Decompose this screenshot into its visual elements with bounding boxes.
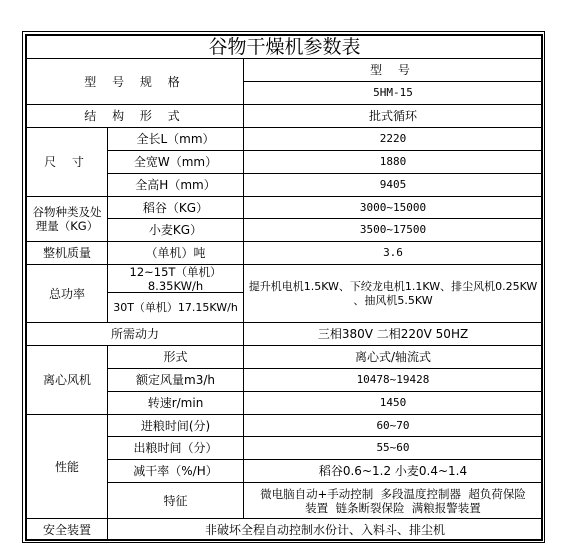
safety-label: 安全装置 bbox=[27, 519, 107, 541]
performance-group: 性能 bbox=[27, 415, 107, 518]
weight-label: （单机）吨 bbox=[108, 242, 243, 264]
discharge-time-value: 55~60 bbox=[244, 437, 542, 459]
rice-value: 3000~15000 bbox=[244, 197, 542, 218]
fan-group: 离心风机 bbox=[27, 346, 107, 414]
wheat-value: 3500~17500 bbox=[244, 219, 542, 241]
airflow-value: 10478~19428 bbox=[244, 369, 542, 391]
fan-type-label: 形式 bbox=[108, 346, 243, 368]
features-value: 微电脑自动+手动控制 多段温度控制器 超负荷保险 装置 链条断裂保险 满粮报警装… bbox=[244, 483, 542, 518]
model-label: 型 号 bbox=[244, 59, 542, 81]
width-label: 全宽W（mm） bbox=[108, 151, 243, 173]
model-value: 5HM-15 bbox=[244, 82, 542, 104]
page-title: 谷物干燥机参数表 bbox=[27, 35, 542, 58]
capacity-group: 谷物种类及处理量（KG） bbox=[27, 197, 107, 241]
fan-type-value: 离心式/轴流式 bbox=[244, 346, 542, 368]
airflow-label: 额定风量m3/h bbox=[108, 369, 243, 391]
structure-label: 结 构 形 式 bbox=[27, 105, 243, 127]
model-spec-label: 型 号 规 格 bbox=[27, 59, 243, 104]
height-label: 全高H（mm） bbox=[108, 174, 243, 196]
features-label: 特征 bbox=[108, 483, 243, 518]
wheat-label: 小麦KG） bbox=[108, 219, 243, 241]
rice-label: 稻谷（KG） bbox=[108, 197, 243, 218]
power-value: 提升机电机1.5KW、下绞龙电机1.1KW、排尘风机0.25KW 、抽风机5.5… bbox=[244, 265, 542, 322]
power-label-large: 30T（单机）17.15KW/h bbox=[108, 293, 243, 322]
intake-time-value: 60~70 bbox=[244, 415, 542, 436]
length-label: 全长L（mm） bbox=[108, 128, 243, 150]
discharge-time-label: 出粮时间（分） bbox=[108, 437, 243, 459]
speed-label: 转速r/min bbox=[108, 392, 243, 414]
speed-value: 1450 bbox=[244, 392, 542, 414]
weight-group: 整机质量 bbox=[27, 242, 107, 264]
required-power-value: 三相380V 二相220V 50HZ bbox=[244, 323, 542, 345]
safety-value: 非破坏全程自动控制水份计、入料斗、排尘机 bbox=[108, 519, 542, 541]
dimensions-group: 尺 寸 bbox=[27, 128, 107, 196]
height-value: 9405 bbox=[244, 174, 542, 196]
required-power-label: 所需动力 bbox=[27, 323, 243, 345]
length-value: 2220 bbox=[244, 128, 542, 150]
drying-rate-value: 稻谷0.6~1.2 小麦0.4~1.4 bbox=[244, 460, 542, 482]
power-label-small: 12~15T（单机） 8.35KW/h bbox=[108, 265, 243, 292]
width-value: 1880 bbox=[244, 151, 542, 173]
intake-time-label: 进粮时间(分) bbox=[108, 415, 243, 436]
weight-value: 3.6 bbox=[244, 242, 542, 264]
structure-value: 批式循环 bbox=[244, 105, 542, 127]
drying-rate-label: 减干率（%/H） bbox=[108, 460, 243, 482]
power-group: 总功率 bbox=[27, 265, 107, 322]
